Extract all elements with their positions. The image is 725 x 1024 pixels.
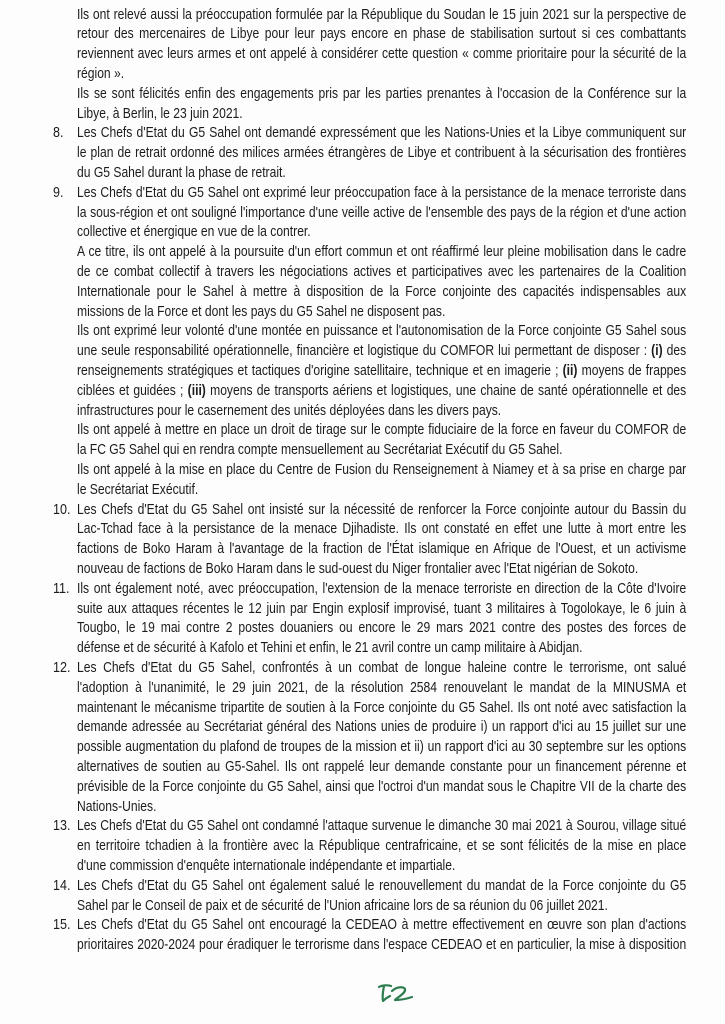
list-item-line: renseignements stratégiques et tactiques… <box>77 361 725 381</box>
list-item-line: collective et énergique en vue de la con… <box>77 222 725 242</box>
list-item-line: Ils ont appelé à mettre en place un droi… <box>77 420 725 440</box>
list-item-line: Sahel par le Conseil de paix et de sécur… <box>77 896 725 916</box>
document-page: Ils ont relevé aussi la préoccupation fo… <box>0 0 725 1024</box>
list-item-line: maintenant le mécanisme tripartite de so… <box>77 698 725 718</box>
list-item-line: possible augmentation du plafond de trou… <box>77 737 725 757</box>
intro-paragraph-line: Libye, à Berlin, le 23 juin 2021. <box>77 104 725 124</box>
list-item-line: Les Chefs d'Etat du G5 Sahel ont demandé… <box>77 123 725 143</box>
list-item-line: prévisible de la Force conjointe du G5 S… <box>77 777 725 797</box>
list-item-line: prioritaires 2020-2024 pour éradiquer le… <box>77 935 725 955</box>
intro-paragraph-line: retour des mercenaires de Libye pour leu… <box>77 24 725 44</box>
list-item-number: 9. <box>53 183 63 203</box>
list-item-line: suite aux attaques récentes le 12 juin p… <box>77 599 725 619</box>
list-item-line: Les Chefs d'Etat du G5 Sahel ont égaleme… <box>77 876 725 896</box>
list-item-line: demande adressée au Secrétariat général … <box>77 717 725 737</box>
list-item-line: Lac-Tchad face à la persistance de la me… <box>77 519 725 539</box>
list-item-line: Tougbo, le 19 mai contre 2 postes douani… <box>77 618 725 638</box>
list-item-line: du G5 Sahel durant la phase de retrait. <box>77 163 725 183</box>
list-item-line: infrastructures pour le casernement des … <box>77 401 725 421</box>
list-item-line: A ce titre, ils ont appelé à la poursuit… <box>77 242 725 262</box>
intro-paragraph-line: Ils se sont félicités enfin des engageme… <box>77 84 725 104</box>
list-item-number: 10. <box>53 500 70 520</box>
list-item-line: le Secrétariat Exécutif. <box>77 480 725 500</box>
list-item-line: en territoire tchadien à la frontière av… <box>77 836 725 856</box>
list-item-line: de ce combat collectif à travers les nég… <box>77 262 725 282</box>
intro-paragraph-line: Ils ont relevé aussi la préoccupation fo… <box>77 5 725 25</box>
list-item-line: le plan de retrait ordonné des milices a… <box>77 143 725 163</box>
list-item-line: nouveau de factions de Boko Haram dans l… <box>77 559 725 579</box>
list-item-line: Ils ont exprimé leur volonté d'une monté… <box>77 321 725 341</box>
list-item-number: 13. <box>53 816 70 836</box>
list-item-line: la sous-région et ont souligné l'importa… <box>77 203 725 223</box>
list-item-line: Les Chefs d'Etat du G5 Sahel ont encoura… <box>77 915 725 935</box>
list-item-line: Les Chefs d'Etat du G5 Sahel, confrontés… <box>77 658 725 678</box>
list-item-line: missions de la Force et dont les pays du… <box>77 302 725 322</box>
list-item-line: Les Chefs d'Etat du G5 Sahel ont insisté… <box>77 500 725 520</box>
list-item-line: défense et de sécurité à Kafolo et Tehin… <box>77 638 725 658</box>
list-item-line: une seule responsabilité opérationnelle,… <box>77 341 725 361</box>
list-item-line: l'adoption à l'unanimité, le 29 juin 202… <box>77 678 725 698</box>
list-item-line: factions de Boko Haram à l'avantage de l… <box>77 539 725 559</box>
list-item-line: Ils ont appelé à la mise en place du Cen… <box>77 460 725 480</box>
list-item-line: alternatives de soutien au G5-Sahel. Ils… <box>77 757 725 777</box>
list-item-number: 8. <box>53 123 63 143</box>
list-item-line: d'une commission d'enquête international… <box>77 856 725 876</box>
list-item-number: 15. <box>53 915 70 935</box>
list-item-line: Les Chefs d'Etat du G5 Sahel ont condamn… <box>77 816 725 836</box>
intro-paragraph-line: reviennent avec leurs armes et ont appel… <box>77 44 725 64</box>
list-item-line: ciblées et guidées ; (iii) moyens de tra… <box>77 381 725 401</box>
list-item-number: 12. <box>53 658 70 678</box>
list-item-line: Ils ont également noté, avec préoccupati… <box>77 579 725 599</box>
list-item-number: 11. <box>53 579 70 599</box>
list-item-line: Internationale pour le Sahel à mettre à … <box>77 282 725 302</box>
list-item-line: la FC G5 Sahel qui en rendra compte mens… <box>77 440 725 460</box>
list-item-line: Nations-Unies. <box>77 797 725 817</box>
list-item-line: Les Chefs d'Etat du G5 Sahel ont exprimé… <box>77 183 725 203</box>
intro-paragraph-line: région ». <box>77 64 725 84</box>
handwritten-initials-mark <box>376 982 416 1004</box>
list-item-number: 14. <box>53 876 70 896</box>
